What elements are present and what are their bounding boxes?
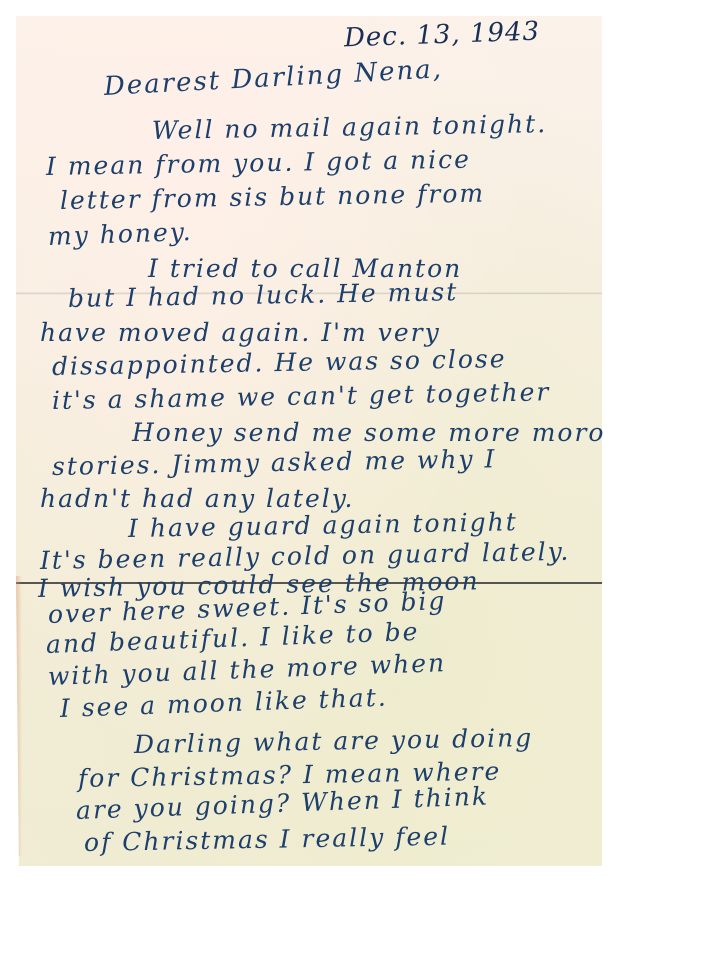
letter-line: Darling what are you doing bbox=[134, 723, 534, 759]
letter-line: of Christmas I really feel bbox=[84, 822, 451, 857]
letter-line: I mean from you. I got a nice bbox=[46, 145, 471, 181]
letter-line: my honey. bbox=[47, 217, 193, 251]
letter-line: I have guard again tonight bbox=[128, 507, 518, 543]
letter-date: Dec. 13, 1943 bbox=[344, 17, 541, 54]
letter-line: Well no mail again tonight. bbox=[152, 109, 548, 145]
letter-line: Honey send me some more moron bbox=[132, 418, 624, 447]
letter-line: have moved again. I'm very bbox=[40, 318, 441, 347]
letter-line: it's a shame we can't get together bbox=[52, 377, 551, 415]
letter-line: letter from sis but none from bbox=[60, 179, 486, 215]
letter-line: stories. Jimmy asked me why I bbox=[52, 444, 497, 481]
letter-salutation: Dearest Darling Nena, bbox=[103, 54, 443, 102]
letter-line: hadn't had any lately. bbox=[40, 484, 355, 513]
letter-page: Dec. 13, 1943 Dearest Darling Nena, Well… bbox=[16, 16, 602, 866]
letter-line: dissappointed. He was so close bbox=[52, 344, 507, 381]
paper-edge-stain bbox=[16, 576, 22, 856]
letter-line: but I had no luck. He must bbox=[68, 277, 459, 313]
